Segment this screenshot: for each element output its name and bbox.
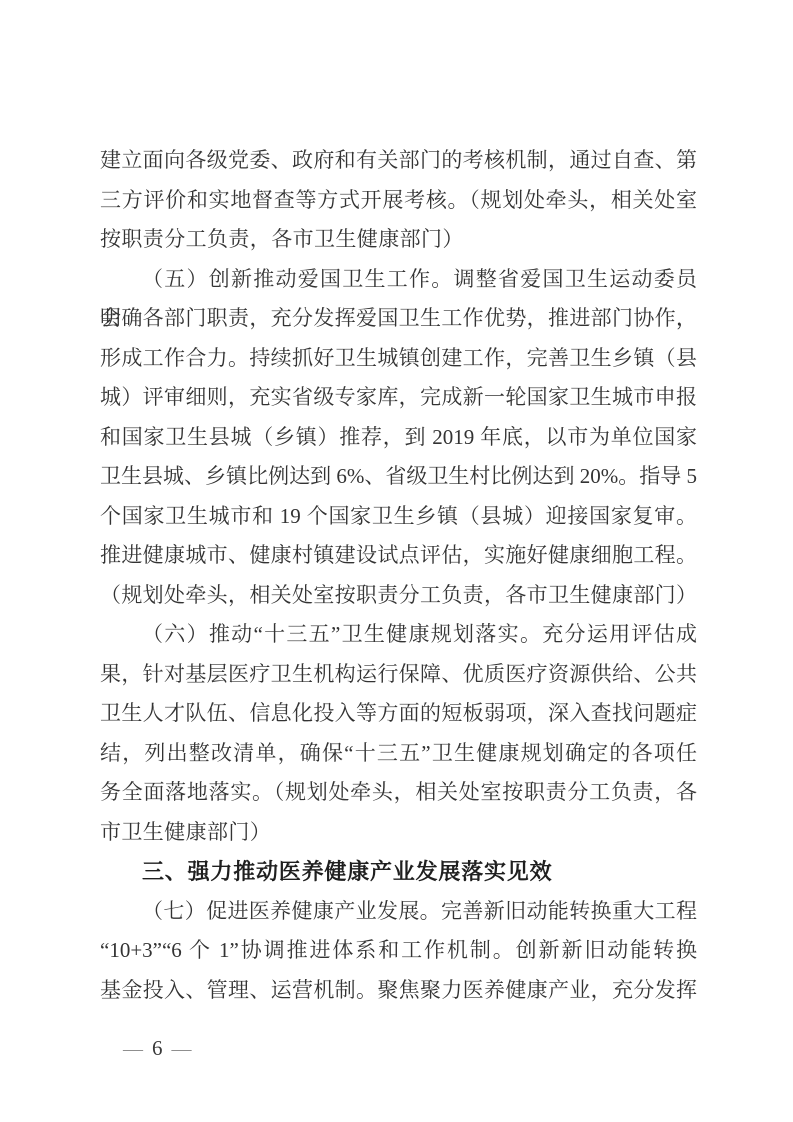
- text-line: 三方评价和实地督查等方式开展考核。（规划处牵头，相关处室: [100, 181, 697, 221]
- page-number-dash-right: —: [172, 1038, 192, 1060]
- text-line: 建立面向各级党委、政府和有关部门的考核机制，通过自查、第: [100, 141, 697, 181]
- text-line: （五）创新推动爱国卫生工作。调整省爱国卫生运动委员会，: [100, 260, 697, 300]
- page-number: 6: [152, 1036, 163, 1060]
- page-footer: —6—: [123, 1029, 192, 1068]
- document-page: 建立面向各级党委、政府和有关部门的考核机制，通过自查、第 三方评价和实地督查等方…: [0, 0, 793, 1122]
- page-number-dash-left: —: [123, 1038, 143, 1060]
- text-line: 果，针对基层医疗卫生机构运行保障、优质医疗资源供给、公共: [100, 655, 697, 695]
- text-line: （七）促进医养健康产业发展。完善新旧动能转换重大工程: [100, 892, 697, 932]
- text-line: 卫生人才队伍、信息化投入等方面的短板弱项，深入查找问题症: [100, 694, 697, 734]
- text-line: 按职责分工负责，各市卫生健康部门）: [100, 220, 697, 260]
- text-line: “10+3”“6 个 1”协调推进体系和工作机制。创新新旧动能转换: [100, 931, 697, 971]
- text-line: 结，列出整改清单，确保“十三五”卫生健康规划确定的各项任: [100, 734, 697, 774]
- text-line: 卫生县城、乡镇比例达到 6%、省级卫生村比例达到 20%。指导 5: [100, 457, 697, 497]
- document-body: 建立面向各级党委、政府和有关部门的考核机制，通过自查、第 三方评价和实地督查等方…: [100, 141, 697, 1010]
- text-line: 个国家卫生城市和 19 个国家卫生乡镇（县城）迎接国家复审。: [100, 497, 697, 537]
- text-line: 市卫生健康部门）: [100, 813, 697, 853]
- text-line: 务全面落地落实。（规划处牵头，相关处室按职责分工负责，各: [100, 773, 697, 813]
- text-line: 推进健康城市、健康村镇建设试点评估，实施好健康细胞工程。: [100, 536, 697, 576]
- text-line: （规划处牵头，相关处室按职责分工负责，各市卫生健康部门）: [100, 576, 697, 616]
- text-line: 基金投入、管理、运营机制。聚焦聚力医养健康产业，充分发挥: [100, 971, 697, 1011]
- section-heading: 三、强力推动医养健康产业发展落实见效: [100, 852, 697, 892]
- text-line: 和国家卫生县城（乡镇）推荐，到 2019 年底，以市为单位国家: [100, 418, 697, 458]
- text-line: 形成工作合力。持续抓好卫生城镇创建工作，完善卫生乡镇（县: [100, 339, 697, 379]
- text-line: （六）推动“十三五”卫生健康规划落实。充分运用评估成: [100, 615, 697, 655]
- text-line: 城）评审细则，充实省级专家库，完成新一轮国家卫生城市申报: [100, 378, 697, 418]
- text-line: 明确各部门职责，充分发挥爱国卫生工作优势，推进部门协作，: [100, 299, 697, 339]
